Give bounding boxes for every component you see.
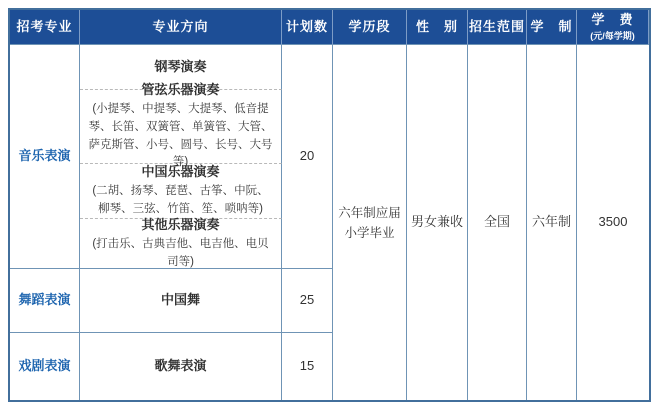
header-tuition: 学 费 (元/每学期) — [577, 10, 649, 45]
direction-title: 管弦乐器演奏 — [141, 81, 219, 99]
major-dance-performance: 舞蹈表演 — [10, 269, 80, 333]
cell-education-stage: 六年制应届小学毕业 — [333, 45, 407, 400]
header-education-stage: 学历段 — [333, 10, 407, 45]
cell-gender: 男女兼收 — [407, 45, 468, 400]
direction-chinese-instruments: 中国乐器演奏 (二胡、扬琴、琵琶、古筝、中阮、柳琴、三弦、竹笛、笙、唢呐等) — [80, 164, 282, 219]
direction-song-and-dance: 歌舞表演 — [80, 333, 282, 400]
direction-detail: (小提琴、中提琴、大提琴、低音提琴、长笛、双簧管、单簧管、大管、萨克斯管、小号、… — [80, 99, 281, 172]
plan-count-music: 20 — [282, 45, 333, 269]
plan-count-dance: 25 — [282, 269, 333, 333]
direction-detail: (打击乐、古典吉他、电吉他、电贝司等) — [80, 234, 281, 272]
direction-detail: (二胡、扬琴、琵琶、古筝、中阮、柳琴、三弦、竹笛、笙、唢呐等) — [80, 181, 281, 219]
header-gender: 性 别 — [407, 10, 468, 45]
major-drama-performance: 戏剧表演 — [10, 333, 80, 400]
direction-title: 其他乐器演奏 — [141, 216, 219, 234]
admissions-table: 招考专业 专业方向 计划数 学历段 性 别 招生范围 学 制 学 费 (元/每学… — [8, 8, 651, 402]
header-major: 招考专业 — [10, 10, 80, 45]
plan-count-drama: 15 — [282, 333, 333, 400]
header-tuition-label: 学 费 — [591, 11, 633, 29]
header-direction: 专业方向 — [80, 10, 282, 45]
major-music-performance: 音乐表演 — [10, 45, 80, 269]
cell-scope: 全国 — [468, 45, 527, 400]
header-plan: 计划数 — [282, 10, 333, 45]
header-tuition-unit: (元/每学期) — [590, 30, 635, 43]
cell-tuition: 3500 — [577, 45, 649, 400]
header-scope: 招生范围 — [468, 10, 527, 45]
direction-title: 钢琴演奏 — [154, 58, 206, 76]
direction-other-instruments: 其他乐器演奏 (打击乐、古典吉他、电吉他、电贝司等) — [80, 219, 282, 269]
cell-system: 六年制 — [527, 45, 577, 400]
direction-title: 歌舞表演 — [154, 357, 206, 375]
direction-orchestral-instruments: 管弦乐器演奏 (小提琴、中提琴、大提琴、低音提琴、长笛、双簧管、单簧管、大管、萨… — [80, 90, 282, 164]
direction-title: 中国乐器演奏 — [141, 163, 219, 181]
direction-title: 中国舞 — [161, 291, 200, 309]
header-system: 学 制 — [527, 10, 577, 45]
direction-chinese-dance: 中国舞 — [80, 269, 282, 333]
